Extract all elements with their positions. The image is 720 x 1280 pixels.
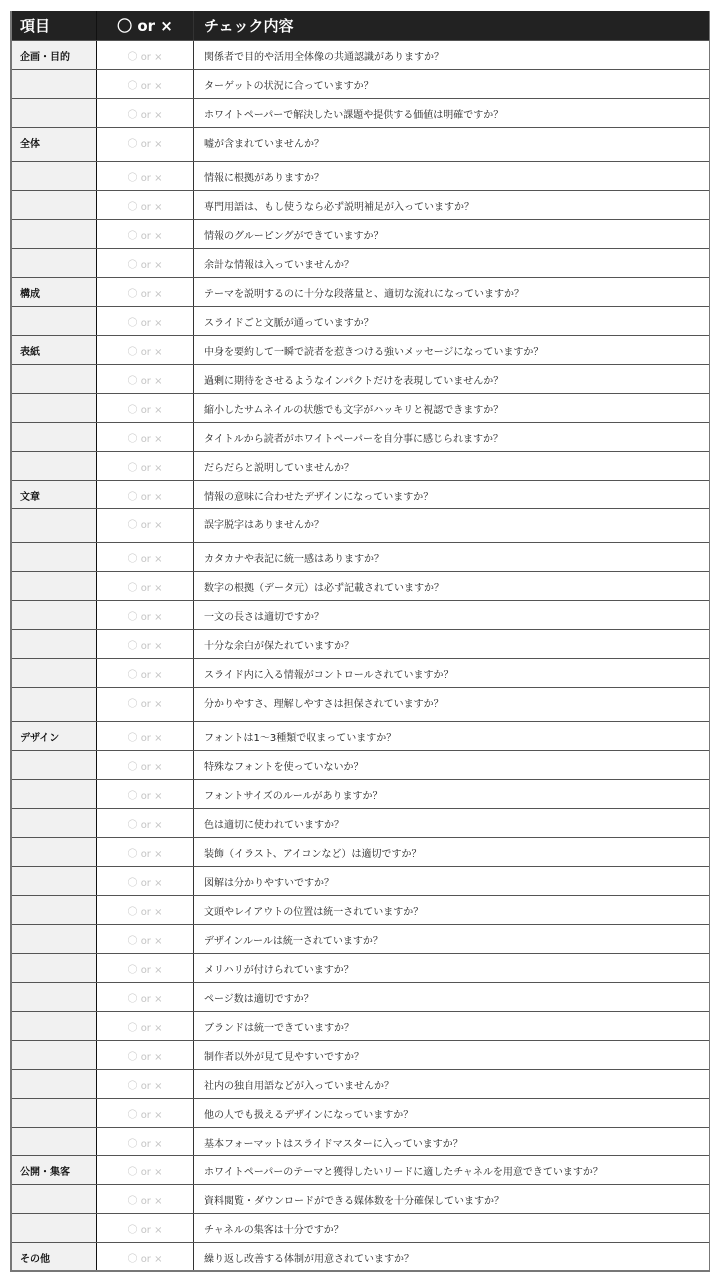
- mark-cell[interactable]: 〇 or ×: [97, 278, 194, 306]
- check-content-cell: 情報に根拠がありますか？: [194, 162, 709, 190]
- table-row: 〇 or ×数字の根拠（データ元）は必ず記載されていますか？: [12, 571, 709, 600]
- circle-or-cross-placeholder: 〇 or ×: [128, 198, 163, 213]
- table-row: 〇 or ×分かりやすさ、理解しやすさは担保されていますか？: [12, 687, 709, 721]
- circle-or-cross-placeholder: 〇 or ×: [128, 845, 163, 860]
- table-row: 〇 or ×スライド内に入る情報がコントロールされていますか？: [12, 658, 709, 687]
- mark-cell[interactable]: 〇 or ×: [97, 601, 194, 629]
- mark-cell[interactable]: 〇 or ×: [97, 41, 194, 69]
- table-row: 〇 or ×色は適切に使われていますか？: [12, 808, 709, 837]
- circle-or-cross-placeholder: 〇 or ×: [128, 729, 163, 744]
- mark-cell[interactable]: 〇 or ×: [97, 688, 194, 721]
- circle-or-cross-placeholder: 〇 or ×: [128, 1106, 163, 1121]
- circle-or-cross-placeholder: 〇 or ×: [128, 430, 163, 445]
- circle-or-cross-placeholder: 〇 or ×: [128, 285, 163, 300]
- circle-or-cross-placeholder: 〇 or ×: [128, 787, 163, 802]
- mark-cell[interactable]: 〇 or ×: [97, 394, 194, 422]
- mark-cell[interactable]: 〇 or ×: [97, 954, 194, 982]
- check-content-cell: 数字の根拠（データ元）は必ず記載されていますか？: [194, 572, 709, 600]
- table-row: 〇 or ×資料閲覧・ダウンロードができる媒体数を十分確保していますか？: [12, 1184, 709, 1213]
- circle-or-cross-placeholder: 〇 or ×: [128, 695, 163, 710]
- checklist-table: 項目 〇 or × チェック内容 企画・目的〇 or ×関係者で目的や活用全体像…: [10, 11, 710, 1272]
- check-content-cell: 文頭やレイアウトの位置は統一されていますか？: [194, 896, 709, 924]
- mark-cell[interactable]: 〇 or ×: [97, 630, 194, 658]
- check-content-cell: 専門用語は、もし使うなら必ず説明補足が入っていますか？: [194, 191, 709, 219]
- category-cell: [12, 809, 97, 837]
- circle-or-cross-placeholder: 〇 or ×: [128, 314, 163, 329]
- table-row: 〇 or ×スライドごと文脈が通っていますか？: [12, 306, 709, 335]
- table-row: 〇 or ×ページ数は適切ですか？: [12, 982, 709, 1011]
- circle-or-cross-placeholder: 〇 or ×: [128, 1048, 163, 1063]
- check-content-cell: 基本フォーマットはスライドマスターに入っていますか？: [194, 1128, 709, 1155]
- table-row: 〇 or ×メリハリが付けられていますか？: [12, 953, 709, 982]
- table-row: 企画・目的〇 or ×関係者で目的や活用全体像の共通認識がありますか？: [12, 40, 709, 69]
- mark-cell[interactable]: 〇 or ×: [97, 128, 194, 161]
- circle-or-cross-placeholder: 〇 or ×: [128, 903, 163, 918]
- circle-or-cross-placeholder: 〇 or ×: [128, 227, 163, 242]
- category-cell: [12, 249, 97, 277]
- table-row: 〇 or ×専門用語は、もし使うなら必ず説明補足が入っていますか？: [12, 190, 709, 219]
- mark-cell[interactable]: 〇 or ×: [97, 1156, 194, 1184]
- check-content-cell: デザインルールは統一されていますか？: [194, 925, 709, 953]
- table-row: 〇 or ×社内の独自用語などが入っていませんか？: [12, 1069, 709, 1098]
- circle-or-cross-placeholder: 〇 or ×: [128, 608, 163, 623]
- mark-cell[interactable]: 〇 or ×: [97, 543, 194, 571]
- check-content-cell: スライドごと文脈が通っていますか？: [194, 307, 709, 335]
- category-cell: [12, 220, 97, 248]
- mark-cell[interactable]: 〇 or ×: [97, 70, 194, 98]
- check-content-cell: フォントは1～3種類で収まっていますか？: [194, 722, 709, 750]
- circle-or-cross-placeholder: 〇 or ×: [128, 48, 163, 63]
- table-row: 〇 or ×だらだらと説明していませんか？: [12, 451, 709, 480]
- circle-or-cross-placeholder: 〇 or ×: [128, 256, 163, 271]
- category-cell: [12, 688, 97, 721]
- table-row: 表紙〇 or ×中身を要約して一瞬で読者を惹きつける強いメッセージになっています…: [12, 335, 709, 364]
- table-row: 〇 or ×装飾（イラスト、アイコンなど）は適切ですか？: [12, 837, 709, 866]
- category-cell: 構成: [12, 278, 97, 306]
- circle-or-cross-placeholder: 〇 or ×: [128, 343, 163, 358]
- circle-or-cross-placeholder: 〇 or ×: [128, 874, 163, 889]
- header-mark: 〇 or ×: [97, 11, 194, 40]
- check-content-cell: ホワイトペーパーで解決したい課題や提供する価値は明確ですか？: [194, 99, 709, 127]
- circle-or-cross-placeholder: 〇 or ×: [128, 459, 163, 474]
- category-cell: 公開・集客: [12, 1156, 97, 1184]
- mark-cell[interactable]: 〇 or ×: [97, 896, 194, 924]
- table-row: 全体〇 or ×嘘が含まれていませんか？: [12, 127, 709, 161]
- table-row: 〇 or ×タイトルから読者がホワイトペーパーを自分事に感じられますか？: [12, 422, 709, 451]
- category-cell: [12, 307, 97, 335]
- table-row: 〇 or ×文頭やレイアウトの位置は統一されていますか？: [12, 895, 709, 924]
- table-row: 〇 or ×ブランドは統一できていますか？: [12, 1011, 709, 1040]
- check-content-cell: タイトルから読者がホワイトペーパーを自分事に感じられますか？: [194, 423, 709, 451]
- mark-cell[interactable]: 〇 or ×: [97, 751, 194, 779]
- mark-cell[interactable]: 〇 or ×: [97, 925, 194, 953]
- mark-cell[interactable]: 〇 or ×: [97, 481, 194, 508]
- category-cell: [12, 1012, 97, 1040]
- table-row: 文章〇 or ×情報の意味に合わせたデザインになっていますか？: [12, 480, 709, 508]
- circle-or-cross-placeholder: 〇 or ×: [128, 1163, 163, 1178]
- check-content-cell: 嘘が含まれていませんか？: [194, 128, 709, 161]
- category-cell: [12, 572, 97, 600]
- circle-or-cross-placeholder: 〇 or ×: [128, 401, 163, 416]
- table-row: デザイン〇 or ×フォントは1～3種類で収まっていますか？: [12, 721, 709, 750]
- table-row: 〇 or ×特殊なフォントを使っていないか？: [12, 750, 709, 779]
- mark-cell[interactable]: 〇 or ×: [97, 1243, 194, 1270]
- check-content-cell: 分かりやすさ、理解しやすさは担保されていますか？: [194, 688, 709, 721]
- check-content-cell: 他の人でも扱えるデザインになっていますか？: [194, 1099, 709, 1127]
- check-content-cell: ホワイトペーパーのテーマと獲得したいリードに適したチャネルを用意できていますか？: [194, 1156, 709, 1184]
- circle-or-cross-placeholder: 〇 or ×: [128, 77, 163, 92]
- circle-or-cross-placeholder: 〇 or ×: [128, 516, 163, 531]
- mark-cell[interactable]: 〇 or ×: [97, 659, 194, 687]
- mark-cell[interactable]: 〇 or ×: [97, 99, 194, 127]
- check-content-cell: ブランドは統一できていますか？: [194, 1012, 709, 1040]
- category-cell: [12, 365, 97, 393]
- table-row: 〇 or ×過剰に期待をさせるようなインパクトだけを表現していませんか？: [12, 364, 709, 393]
- circle-or-cross-placeholder: 〇 or ×: [128, 1019, 163, 1034]
- check-content-cell: カタカナや表記に統一感はありますか？: [194, 543, 709, 571]
- circle-or-cross-placeholder: 〇 or ×: [128, 758, 163, 773]
- mark-cell[interactable]: 〇 or ×: [97, 509, 194, 542]
- category-cell: [12, 423, 97, 451]
- check-content-cell: 一文の長さは適切ですか？: [194, 601, 709, 629]
- category-cell: [12, 867, 97, 895]
- mark-cell[interactable]: 〇 or ×: [97, 423, 194, 451]
- category-cell: [12, 1099, 97, 1127]
- circle-or-cross-placeholder: 〇 or ×: [128, 550, 163, 565]
- table-row: 〇 or ×余計な情報は入っていませんか？: [12, 248, 709, 277]
- check-content-cell: 十分な余白が保たれていますか？: [194, 630, 709, 658]
- table-row: 〇 or ×チャネルの集客は十分ですか？: [12, 1213, 709, 1242]
- circle-or-cross-placeholder: 〇 or ×: [128, 932, 163, 947]
- circle-or-cross-placeholder: 〇 or ×: [128, 1221, 163, 1236]
- category-cell: [12, 954, 97, 982]
- category-cell: [12, 543, 97, 571]
- circle-or-cross-placeholder: 〇 or ×: [128, 169, 163, 184]
- check-content-cell: 資料閲覧・ダウンロードができる媒体数を十分確保していますか？: [194, 1185, 709, 1213]
- header-item: 項目: [12, 11, 97, 40]
- mark-cell[interactable]: 〇 or ×: [97, 191, 194, 219]
- table-row: 〇 or ×ターゲットの状況に合っていますか？: [12, 69, 709, 98]
- check-content-cell: 誤字脱字はありませんか？: [194, 509, 709, 542]
- mark-cell[interactable]: 〇 or ×: [97, 1041, 194, 1069]
- check-content-cell: 情報のグルーピングができていますか？: [194, 220, 709, 248]
- check-content-cell: ターゲットの状況に合っていますか？: [194, 70, 709, 98]
- category-cell: [12, 896, 97, 924]
- mark-cell[interactable]: 〇 or ×: [97, 1070, 194, 1098]
- check-content-cell: 装飾（イラスト、アイコンなど）は適切ですか？: [194, 838, 709, 866]
- category-cell: [12, 1128, 97, 1155]
- category-cell: [12, 509, 97, 542]
- category-cell: 全体: [12, 128, 97, 161]
- table-row: 〇 or ×一文の長さは適切ですか？: [12, 600, 709, 629]
- category-cell: [12, 1041, 97, 1069]
- mark-cell[interactable]: 〇 or ×: [97, 365, 194, 393]
- category-cell: [12, 1185, 97, 1213]
- check-content-cell: 過剰に期待をさせるようなインパクトだけを表現していませんか？: [194, 365, 709, 393]
- category-cell: [12, 925, 97, 953]
- table-row: 〇 or ×デザインルールは統一されていますか？: [12, 924, 709, 953]
- category-cell: 表紙: [12, 336, 97, 364]
- mark-cell[interactable]: 〇 or ×: [97, 572, 194, 600]
- check-content-cell: 図解は分かりやすいですか？: [194, 867, 709, 895]
- category-cell: [12, 99, 97, 127]
- table-header: 項目 〇 or × チェック内容: [12, 11, 709, 40]
- circle-or-cross-placeholder: 〇 or ×: [128, 579, 163, 594]
- mark-cell[interactable]: 〇 or ×: [97, 1128, 194, 1155]
- circle-or-cross-placeholder: 〇 or ×: [128, 1250, 163, 1265]
- table-row: 〇 or ×ホワイトペーパーで解決したい課題や提供する価値は明確ですか？: [12, 98, 709, 127]
- check-content-cell: スライド内に入る情報がコントロールされていますか？: [194, 659, 709, 687]
- table-row: 〇 or ×図解は分かりやすいですか？: [12, 866, 709, 895]
- check-content-cell: 縮小したサムネイルの状態でも文字がハッキリと視認できますか？: [194, 394, 709, 422]
- table-row: 〇 or ×誤字脱字はありませんか？: [12, 508, 709, 542]
- check-content-cell: 制作者以外が見て見やすいですか？: [194, 1041, 709, 1069]
- mark-cell[interactable]: 〇 or ×: [97, 1185, 194, 1213]
- mark-cell[interactable]: 〇 or ×: [97, 452, 194, 480]
- table-row: 〇 or ×十分な余白が保たれていますか？: [12, 629, 709, 658]
- mark-cell[interactable]: 〇 or ×: [97, 722, 194, 750]
- circle-or-cross-placeholder: 〇 or ×: [128, 961, 163, 976]
- header-check-content: チェック内容: [194, 11, 709, 40]
- category-cell: [12, 1070, 97, 1098]
- check-content-cell: 情報の意味に合わせたデザインになっていますか？: [194, 481, 709, 508]
- mark-cell[interactable]: 〇 or ×: [97, 1012, 194, 1040]
- circle-or-cross-placeholder: 〇 or ×: [128, 372, 163, 387]
- category-cell: [12, 1214, 97, 1242]
- check-content-cell: 繰り返し改善する体制が用意されていますか？: [194, 1243, 709, 1270]
- circle-or-cross-placeholder: 〇 or ×: [128, 816, 163, 831]
- table-row: 〇 or ×フォントサイズのルールがありますか？: [12, 779, 709, 808]
- check-content-cell: フォントサイズのルールがありますか？: [194, 780, 709, 808]
- circle-or-cross-placeholder: 〇 or ×: [128, 1077, 163, 1092]
- category-cell: その他: [12, 1243, 97, 1270]
- check-content-cell: 社内の独自用語などが入っていませんか？: [194, 1070, 709, 1098]
- mark-cell[interactable]: 〇 or ×: [97, 780, 194, 808]
- circle-or-cross-placeholder: 〇 or ×: [128, 106, 163, 121]
- circle-or-cross-placeholder: 〇 or ×: [128, 488, 163, 503]
- circle-or-cross-placeholder: 〇 or ×: [128, 135, 163, 150]
- category-cell: [12, 394, 97, 422]
- table-row: 〇 or ×情報のグルーピングができていますか？: [12, 219, 709, 248]
- category-cell: [12, 601, 97, 629]
- mark-cell[interactable]: 〇 or ×: [97, 220, 194, 248]
- circle-or-cross-placeholder: 〇 or ×: [128, 1135, 163, 1150]
- category-cell: [12, 780, 97, 808]
- mark-cell[interactable]: 〇 or ×: [97, 1099, 194, 1127]
- table-row: 〇 or ×情報に根拠がありますか？: [12, 161, 709, 190]
- category-cell: [12, 191, 97, 219]
- circle-or-cross-placeholder: 〇 or ×: [128, 1192, 163, 1207]
- check-content-cell: テーマを説明するのに十分な段落量と、適切な流れになっていますか？: [194, 278, 709, 306]
- mark-cell[interactable]: 〇 or ×: [97, 983, 194, 1011]
- table-row: 〇 or ×基本フォーマットはスライドマスターに入っていますか？: [12, 1127, 709, 1155]
- check-content-cell: ページ数は適切ですか？: [194, 983, 709, 1011]
- category-cell: 企画・目的: [12, 41, 97, 69]
- category-cell: [12, 983, 97, 1011]
- category-cell: 文章: [12, 481, 97, 508]
- mark-cell[interactable]: 〇 or ×: [97, 336, 194, 364]
- check-content-cell: 色は適切に使われていますか？: [194, 809, 709, 837]
- circle-or-cross-placeholder: 〇 or ×: [128, 637, 163, 652]
- check-content-cell: チャネルの集客は十分ですか？: [194, 1214, 709, 1242]
- check-content-cell: 余計な情報は入っていませんか？: [194, 249, 709, 277]
- check-content-cell: 関係者で目的や活用全体像の共通認識がありますか？: [194, 41, 709, 69]
- check-content-cell: だらだらと説明していませんか？: [194, 452, 709, 480]
- mark-cell[interactable]: 〇 or ×: [97, 838, 194, 866]
- category-cell: [12, 452, 97, 480]
- category-cell: [12, 630, 97, 658]
- table-row: 〇 or ×カタカナや表記に統一感はありますか？: [12, 542, 709, 571]
- mark-cell[interactable]: 〇 or ×: [97, 1214, 194, 1242]
- table-row: その他〇 or ×繰り返し改善する体制が用意されていますか？: [12, 1242, 709, 1270]
- table-row: 〇 or ×制作者以外が見て見やすいですか？: [12, 1040, 709, 1069]
- check-content-cell: 特殊なフォントを使っていないか？: [194, 751, 709, 779]
- category-cell: [12, 659, 97, 687]
- mark-cell[interactable]: 〇 or ×: [97, 867, 194, 895]
- circle-or-cross-placeholder: 〇 or ×: [128, 666, 163, 681]
- circle-or-cross-placeholder: 〇 or ×: [128, 990, 163, 1005]
- table-row: 公開・集客〇 or ×ホワイトペーパーのテーマと獲得したいリードに適したチャネル…: [12, 1155, 709, 1184]
- category-cell: [12, 70, 97, 98]
- table-row: 〇 or ×他の人でも扱えるデザインになっていますか？: [12, 1098, 709, 1127]
- category-cell: [12, 751, 97, 779]
- mark-cell[interactable]: 〇 or ×: [97, 809, 194, 837]
- check-content-cell: メリハリが付けられていますか？: [194, 954, 709, 982]
- mark-cell[interactable]: 〇 or ×: [97, 162, 194, 190]
- category-cell: [12, 838, 97, 866]
- check-content-cell: 中身を要約して一瞬で読者を惹きつける強いメッセージになっていますか？: [194, 336, 709, 364]
- mark-cell[interactable]: 〇 or ×: [97, 307, 194, 335]
- category-cell: デザイン: [12, 722, 97, 750]
- table-row: 構成〇 or ×テーマを説明するのに十分な段落量と、適切な流れになっていますか？: [12, 277, 709, 306]
- table-body: 企画・目的〇 or ×関係者で目的や活用全体像の共通認識がありますか？〇 or …: [12, 40, 709, 1270]
- table-row: 〇 or ×縮小したサムネイルの状態でも文字がハッキリと視認できますか？: [12, 393, 709, 422]
- mark-cell[interactable]: 〇 or ×: [97, 249, 194, 277]
- category-cell: [12, 162, 97, 190]
